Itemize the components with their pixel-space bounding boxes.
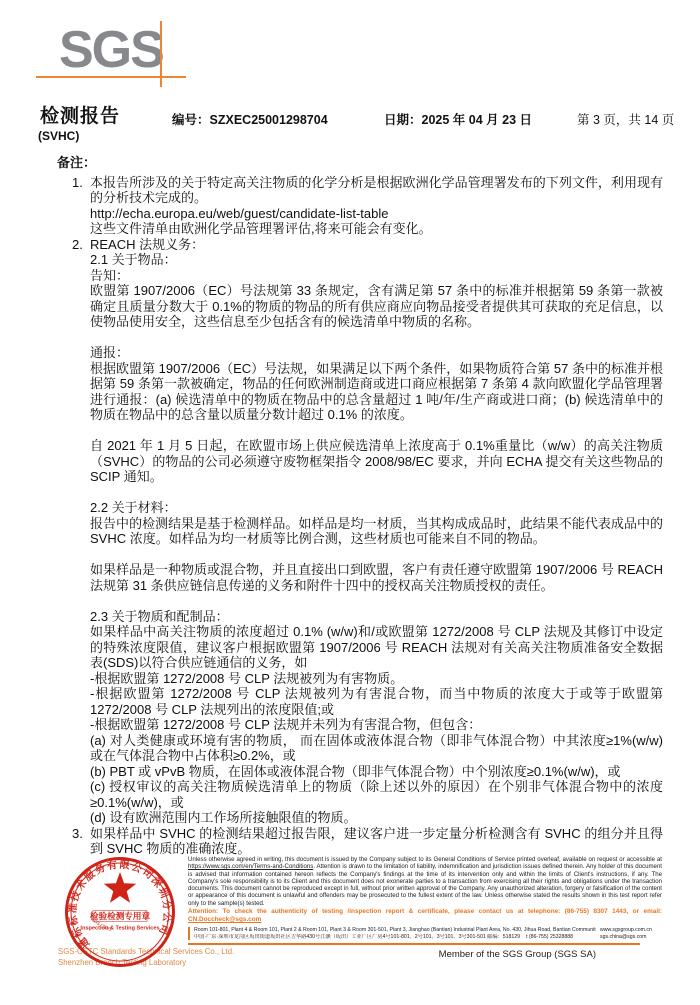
reach-obligations-title: REACH 法规义务：	[90, 237, 663, 253]
clp-point-c: (c) 授权审议的高关注物质候选清单上的物质（除上述以外的原因）在个别非气体混合…	[90, 779, 663, 810]
star-icon	[104, 872, 136, 903]
section-2-3-title: 2.3 关于物质和配制品：	[90, 609, 663, 625]
note-item-2: 2. REACH 法规义务： 2.1 关于物品： 告知： 欧盟第 1907/20…	[57, 237, 663, 826]
inspection-stamp: 通标标准技术服务有限公司深圳分公司 SGS-CSTC 检验检测专用章 Inspe…	[64, 856, 176, 968]
address-block: Room 101-801, Plant 4 & Room 101, Plant …	[188, 927, 662, 940]
page-indicator: 第 3 页，共 14 页	[577, 110, 674, 128]
notify-paragraph: 欧盟第 1907/2006（EC）号法规第 33 条规定，含有满足第 57 条中…	[90, 283, 663, 330]
report-date: 日期：2025 年 04 月 23 日	[384, 110, 532, 128]
clp-dash-2: -根据欧盟第 1272/2008 号 CLP 法规被列为有害混合物，而当中物质的…	[90, 686, 663, 717]
clp-dash-3: -根据欧盟第 1272/2008 号 CLP 法规并未列为有害混合物，但包含：	[90, 717, 663, 733]
report-paragraph: 根据欧盟第 1907/2006（EC）号法规，如果满足以下两个条件，如果物质符合…	[90, 361, 663, 423]
note-item-3-number: 3.	[72, 826, 90, 842]
note-item-1: 1. 本报告所涉及的关于特定高关注物质的化学分析是根据欧洲化学品管理署发布的下列…	[57, 175, 663, 237]
address-chinese: 中国·广东·深圳市龙岗区坂田街道坂田社区吉华路430号江灏（坂田）工业厂区厂房4…	[194, 934, 596, 941]
sgs-member-line: Member of the SGS Group (SGS SA)	[188, 949, 640, 960]
disclaimer-pre: Unless otherwise agreed in writing, this…	[188, 856, 662, 863]
report-date-value: 2025 年 04 月 23 日	[422, 113, 532, 127]
clp-point-b: (b) PBT 或 vPvB 物质，在固体或液体混合物（即非气体混合物）中个别浓…	[90, 764, 663, 780]
report-number-value: SZXEC25001298704	[210, 113, 328, 127]
stamp-ring-text: 通标标准技术服务有限公司深圳分公司	[66, 858, 175, 951]
material-paragraph-2: 如果样品是一种物质或混合物，并且直接出口到欧盟，客户有责任遵守欧盟第 1907/…	[90, 562, 663, 593]
note-1-paragraph: 本报告所涉及的关于特定高关注物质的化学分析是根据欧洲化学品管理署发布的下列文件，…	[90, 175, 663, 206]
report-number-label: 编号：	[172, 113, 210, 127]
clp-paragraph: 如果样品中高关注物质的浓度超过 0.1% (w/w)和/或欧盟第 1272/20…	[90, 624, 663, 671]
stamp-label-en: Inspection & Testing Services	[80, 926, 159, 932]
attention-pre: Attention: To check the authenticity of …	[188, 908, 662, 915]
candidate-list-link[interactable]: http://echa.europa.eu/web/guest/candidat…	[90, 206, 388, 221]
note-3-paragraph: 如果样品中 SVHC 的检测结果超过报告限，建议客户进一步定量分析检测含有 SV…	[90, 826, 663, 857]
report-date-label: 日期：	[384, 113, 422, 127]
footer: Unless otherwise agreed in writing, this…	[188, 856, 662, 960]
note-1-paragraph-2: 这些文件清单由欧洲化学品管理署评估,将来可能会有变化。	[90, 221, 663, 237]
report-number: 编号：SZXEC25001298704	[172, 110, 328, 128]
report-page: SGS 检测报告 (SVHC) 编号：SZXEC25001298704 日期：2…	[0, 0, 700, 1005]
svg-text:通标标准技术服务有限公司深圳分公司: 通标标准技术服务有限公司深圳分公司	[66, 858, 175, 951]
attention-text: Attention: To check the authenticity of …	[188, 908, 662, 924]
clp-point-d: (d) 设有欧洲范围内工作场所接触限值的物质。	[90, 810, 663, 826]
phone-number: t (86-755) 25328888	[526, 934, 573, 940]
disclaimer-post: . Attention is drawn to the limitation o…	[188, 863, 662, 906]
footer-orange-rule	[188, 943, 640, 945]
page-title: 检测报告	[40, 101, 120, 128]
notes-section: 备注： 1. 本报告所涉及的关于特定高关注物质的化学分析是根据欧洲化学品管理署发…	[57, 155, 663, 857]
note-item-3: 3. 如果样品中 SVHC 的检测结果超过报告限，建议客户进一步定量分析检测含有…	[57, 826, 663, 857]
material-paragraph-1: 报告中的检测结果是基于检测样品。如样品是均一材质，当其构成成品时，此结果不能代表…	[90, 516, 663, 547]
sgs-logo: SGS	[59, 24, 163, 76]
clp-dash-1: -根据欧盟第 1272/2008 号 CLP 法规被列为有害物质。	[90, 671, 663, 687]
stamp-label-cn: 检验检测专用章	[90, 910, 151, 921]
notes-label: 备注：	[57, 155, 663, 171]
email-link[interactable]: sgs.china@sgs.com	[600, 934, 662, 941]
logo-horizontal-rule	[36, 76, 186, 78]
report-label: 通报：	[90, 345, 663, 361]
terms-link[interactable]: https://www.sgs.com/en/Terms-and-Conditi…	[188, 863, 313, 870]
scip-paragraph: 自 2021 年 1 月 5 日起，在欧盟市场上供应候选清单上浓度高于 0.1%…	[90, 438, 663, 485]
disclaimer-text: Unless otherwise agreed in writing, this…	[188, 856, 662, 907]
note-item-1-number: 1.	[72, 175, 90, 191]
address-chinese-text: 中国·广东·深圳市龙岗区坂田街道坂田社区吉华路430号江灏（坂田）工业厂区厂房4…	[194, 934, 520, 940]
section-2-1-title: 2.1 关于物品：	[90, 252, 663, 268]
section-2-2-title: 2.2 关于材料：	[90, 500, 663, 516]
note-item-2-number: 2.	[72, 237, 90, 253]
notify-label: 告知：	[90, 268, 663, 284]
clp-point-a: (a) 对人类健康或环境有害的物质， 而在固体或液体混合物（即非气体混合物）中其…	[90, 733, 663, 764]
doccheck-email-link[interactable]: CN.Doccheck@sgs.com	[188, 916, 261, 923]
logo-vertical-rule	[160, 21, 162, 87]
page-subtitle: (SVHC)	[38, 129, 79, 143]
